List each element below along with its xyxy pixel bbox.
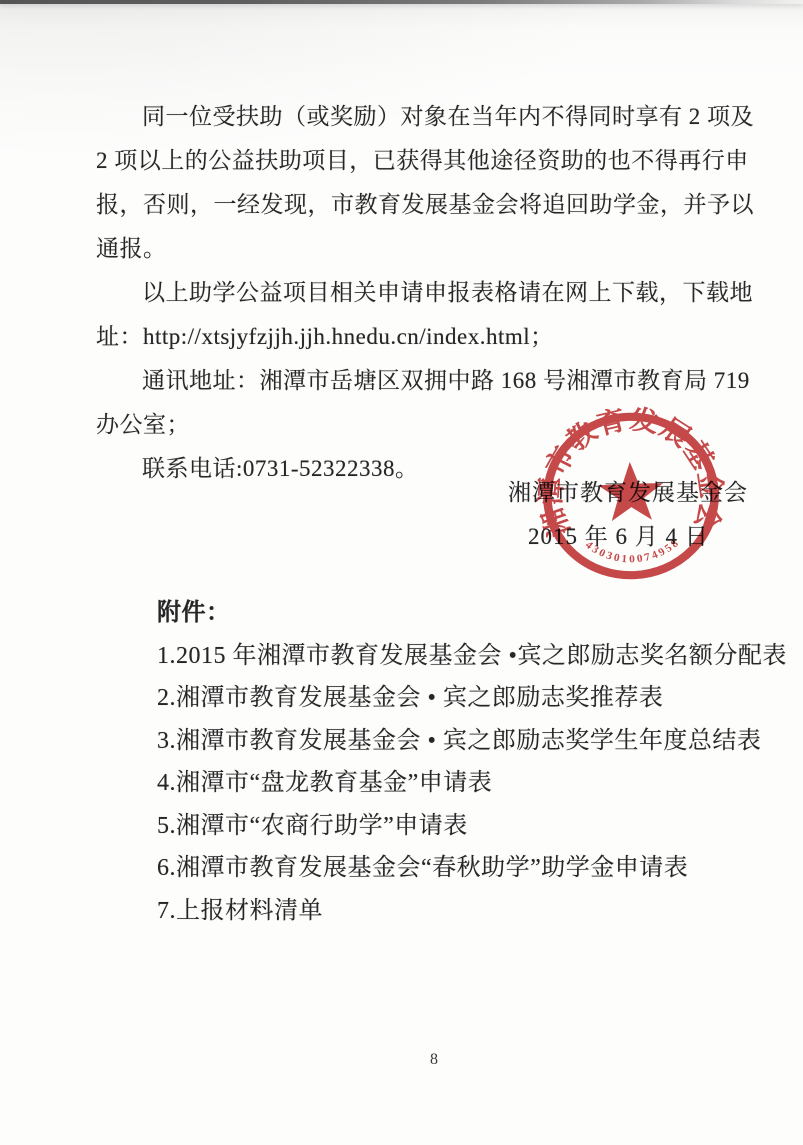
official-seal-stamp: 湘潭市教育发展基金会 4303010074958 bbox=[533, 403, 729, 590]
scanned-document-page: 同一位受扶助（或奖励）对象在当年内不得同时享有 2 项及 2 项以上的公益扶助项… bbox=[0, 0, 803, 1145]
body-line-postal-address: 通讯地址：湘潭市岳塘区双拥中路 168 号湘潭市教育局 719 bbox=[96, 359, 756, 403]
body-line: 以上助学公益项目相关申请申报表格请在网上下载，下载地 bbox=[96, 271, 756, 315]
attachments-heading: 附件： bbox=[157, 592, 787, 635]
attachment-item: 2.湘潭市教育发展基金会 • 宾之郎励志奖推荐表 bbox=[157, 677, 787, 720]
attachment-item: 4.湘潭市“盘龙教育基金”申请表 bbox=[157, 762, 787, 805]
body-line: 2 项以上的公益扶助项目，已获得其他途径资助的也不得再行申 bbox=[96, 139, 756, 183]
page-number: 8 bbox=[404, 1051, 464, 1069]
attachment-item: 5.湘潭市“农商行助学”申请表 bbox=[157, 805, 787, 848]
body-line: 同一位受扶助（或奖励）对象在当年内不得同时享有 2 项及 bbox=[96, 95, 756, 139]
attachments-section: 附件： 1.2015 年湘潭市教育发展基金会 •宾之郎励志奖名额分配表 2.湘潭… bbox=[157, 592, 787, 932]
seal-star-icon bbox=[597, 461, 664, 522]
attachment-item: 1.2015 年湘潭市教育发展基金会 •宾之郎励志奖名额分配表 bbox=[157, 635, 787, 678]
scan-artifact-top-edge bbox=[0, 0, 803, 4]
attachment-item: 6.湘潭市教育发展基金会“春秋助学”助学金申请表 bbox=[157, 847, 787, 890]
attachment-item: 3.湘潭市教育发展基金会 • 宾之郎励志奖学生年度总结表 bbox=[157, 720, 787, 763]
body-line-download-url: 址：http://xtsjyfzjjh.jjh.hnedu.cn/index.h… bbox=[96, 315, 756, 359]
attachment-item: 7.上报材料清单 bbox=[157, 890, 787, 933]
body-line: 通报。 bbox=[96, 227, 756, 271]
body-line: 报，否则，一经发现，市教育发展基金会将追回助学金，并予以 bbox=[96, 183, 756, 227]
